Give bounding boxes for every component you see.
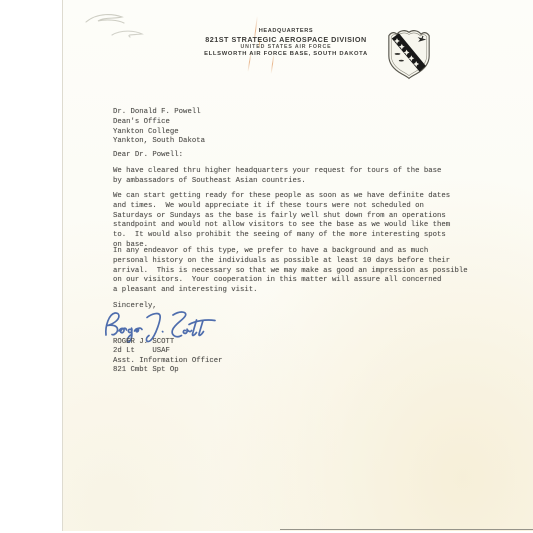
signer-unit: 821 Cmbt Spt Op <box>113 366 179 374</box>
recipient-address: Dr. Donald F. Powell Dean's Office Yankt… <box>113 108 205 147</box>
signer-block: ROGER J. SCOTT 2d Lt USAF Asst. Informat… <box>113 338 222 375</box>
unit-emblem-shield-icon <box>385 23 433 81</box>
body-paragraph-2: We can start getting ready for these peo… <box>113 192 450 251</box>
body-paragraph-3: In any endeavor of this type, we prefer … <box>113 247 468 296</box>
salutation: Dear Dr. Powell: <box>113 151 183 161</box>
scanned-letter-page: HEADQUARTERS 821ST STRATEGIC AEROSPACE D… <box>0 0 533 533</box>
paper-bottom-edge <box>280 529 533 530</box>
signer-rank: 2d Lt USAF <box>113 347 170 355</box>
signer-title: Asst. Information Officer <box>113 357 222 365</box>
signer-name: ROGER J. SCOTT <box>113 338 174 346</box>
body-paragraph-1: We have cleared thru higher headquarters… <box>113 167 441 187</box>
